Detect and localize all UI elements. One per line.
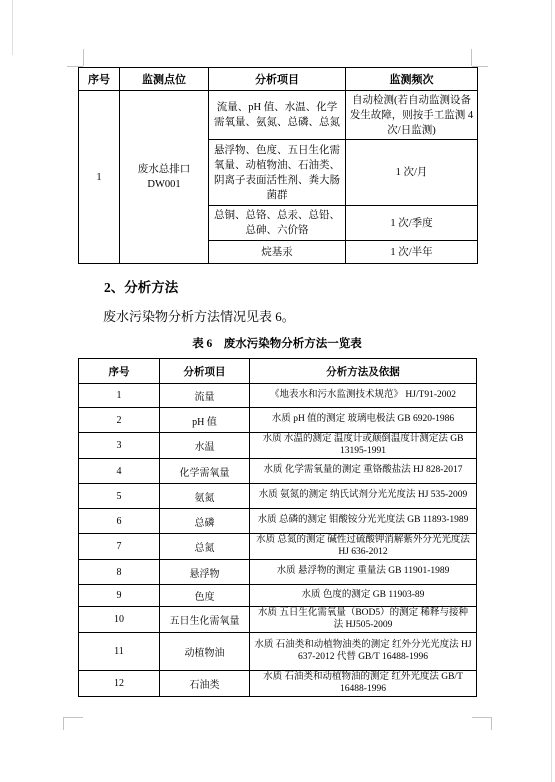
method-cell: 水质 pH 值的测定 玻璃电极法 GB 6920-1986 (250, 408, 477, 433)
seq-cell: 9 (79, 585, 160, 607)
table-row: 10 五日生化需氧量 水质 五日生化需氧量（BOD5）的测定 稀释与接种法 HJ… (79, 607, 477, 633)
seq-cell: 10 (79, 607, 160, 633)
col-header-seq: 序号 (79, 68, 120, 91)
page-left-edge-line (12, 0, 13, 55)
methods-table-body: 1 流量 《地表水和污水监测技术规范》 HJ/T91-2002 2 pH 值 水… (79, 384, 477, 697)
item-cell: 水温 (160, 433, 250, 459)
frequency-cell: 自动检测(若自动监测设备发生故障，则按手工监测 4 次/日监测) (346, 91, 478, 140)
methods-table-header-row: 序号 分析项目 分析方法及依据 (79, 359, 477, 384)
item-cell: 色度 (160, 585, 250, 607)
site-cell: 废水总排口 DW001 (120, 91, 209, 264)
item-cell: 五日生化需氧量 (160, 607, 250, 633)
items-cell: 流量、pH 值、水温、化学需氧量、氨氮、总磷、总氮 (209, 91, 346, 140)
seq-cell: 12 (79, 671, 160, 697)
frequency-cell: 1 次/半年 (346, 241, 478, 264)
table-row: 9 色度 水质 色度的测定 GB 11903-89 (79, 585, 477, 607)
method-cell: 水质 石油类和动植物油类的测定 红外分光光度法 HJ 637-2012 代替 G… (250, 633, 477, 671)
seq-cell: 2 (79, 408, 160, 433)
page-right-edge-line (551, 0, 552, 782)
item-cell: pH 值 (160, 408, 250, 433)
items-cell: 烷基汞 (209, 241, 346, 264)
col-header-item: 分析项目 (160, 359, 250, 384)
col-header-method: 分析方法及依据 (250, 359, 477, 384)
item-cell: 总磷 (160, 509, 250, 534)
method-cell: 水质 水温的测定 温度计或颠倒温度计测定法 GB 13195-1991 (250, 433, 477, 459)
table-row: 5 氨氮 水质 氨氮的测定 纳氏试剂分光光度法 HJ 535-2009 (79, 484, 477, 509)
item-cell: 氨氮 (160, 484, 250, 509)
method-cell: 水质 悬浮物的测定 重量法 GB 11901-1989 (250, 560, 477, 585)
table-row: 3 水温 水质 水温的测定 温度计或颠倒温度计测定法 GB 13195-1991 (79, 433, 477, 459)
crop-mark-top-left-v (83, 49, 84, 66)
col-header-seq: 序号 (79, 359, 160, 384)
site-code: DW001 (123, 177, 205, 192)
seq-cell: 4 (79, 459, 160, 484)
crop-mark-top-right-v (471, 49, 472, 66)
table-row: 4 化学需氧量 水质 化学需氧量的测定 重铬酸盐法 HJ 828-2017 (79, 459, 477, 484)
frequency-cell: 1 次/季度 (346, 206, 478, 241)
table-row: 1 废水总排口 DW001 流量、pH 值、水温、化学需氧量、氨氮、总磷、总氮 … (79, 91, 478, 140)
crop-mark-bottom-right-v (491, 717, 492, 730)
seq-cell: 5 (79, 484, 160, 509)
table-row: 8 悬浮物 水质 悬浮物的测定 重量法 GB 11901-1989 (79, 560, 477, 585)
table6-caption: 表 6 废水污染物分析方法一览表 (78, 335, 476, 351)
method-cell: 水质 化学需氧量的测定 重铬酸盐法 HJ 828-2017 (250, 459, 477, 484)
crop-mark-bottom-left-h (63, 717, 83, 718)
seq-cell: 8 (79, 560, 160, 585)
method-cell: 水质 总磷的测定 钼酸铵分光光度法 GB 11893-1989 (250, 509, 477, 534)
analysis-methods-table: 序号 分析项目 分析方法及依据 1 流量 《地表水和污水监测技术规范》 HJ/T… (78, 358, 477, 697)
item-cell: 石油类 (160, 671, 250, 697)
col-header-frequency: 监测频次 (346, 68, 478, 91)
items-cell: 悬浮物、色度、五日生化需氧量、动植物油、石油类、阴离子表面活性剂、粪大肠菌群 (209, 140, 346, 206)
item-cell: 动植物油 (160, 633, 250, 671)
site-name: 废水总排口 (123, 162, 205, 177)
method-cell: 水质 五日生化需氧量（BOD5）的测定 稀释与接种法 HJ505-2009 (250, 607, 477, 633)
col-header-site: 监测点位 (120, 68, 209, 91)
item-cell: 悬浮物 (160, 560, 250, 585)
document-page: 序号 监测点位 分析项目 监测频次 1 废水总排口 DW001 流量、pH 值、… (0, 0, 555, 782)
method-cell: 《地表水和污水监测技术规范》 HJ/T91-2002 (250, 384, 477, 408)
item-cell: 总氮 (160, 534, 250, 560)
table-row: 2 pH 值 水质 pH 值的测定 玻璃电极法 GB 6920-1986 (79, 408, 477, 433)
seq-cell: 1 (79, 384, 160, 408)
section-heading: 2、分析方法 (104, 276, 178, 296)
crop-mark-bottom-left-v (63, 717, 64, 730)
method-cell: 水质 氨氮的测定 纳氏试剂分光光度法 HJ 535-2009 (250, 484, 477, 509)
seq-cell: 7 (79, 534, 160, 560)
items-cell: 总铜、总铬、总汞、总铅、总砷、六价铬 (209, 206, 346, 241)
frequency-cell: 1 次/月 (346, 140, 478, 206)
method-cell: 水质 总氮的测定 碱性过硫酸钾消解紫外分光光度法 HJ 636-2012 (250, 534, 477, 560)
method-cell: 水质 石油类和动植物油的测定 红外光度法 GB/T 16488-1996 (250, 671, 477, 697)
seq-cell: 1 (79, 91, 120, 264)
item-cell: 化学需氧量 (160, 459, 250, 484)
section-paragraph: 废水污染物分析方法情况见表 6。 (103, 306, 295, 325)
table-row: 11 动植物油 水质 石油类和动植物油类的测定 红外分光光度法 HJ 637-2… (79, 633, 477, 671)
seq-cell: 3 (79, 433, 160, 459)
table-row: 12 石油类 水质 石油类和动植物油的测定 红外光度法 GB/T 16488-1… (79, 671, 477, 697)
seq-cell: 6 (79, 509, 160, 534)
item-cell: 流量 (160, 384, 250, 408)
seq-cell: 11 (79, 633, 160, 671)
monitoring-table: 序号 监测点位 分析项目 监测频次 1 废水总排口 DW001 流量、pH 值、… (78, 67, 478, 264)
monitoring-table-header-row: 序号 监测点位 分析项目 监测频次 (79, 68, 478, 91)
col-header-items: 分析项目 (209, 68, 346, 91)
method-cell: 水质 色度的测定 GB 11903-89 (250, 585, 477, 607)
table-row: 6 总磷 水质 总磷的测定 钼酸铵分光光度法 GB 11893-1989 (79, 509, 477, 534)
crop-mark-bottom-right-h (472, 717, 492, 718)
table-row: 1 流量 《地表水和污水监测技术规范》 HJ/T91-2002 (79, 384, 477, 408)
table-row: 7 总氮 水质 总氮的测定 碱性过硫酸钾消解紫外分光光度法 HJ 636-201… (79, 534, 477, 560)
